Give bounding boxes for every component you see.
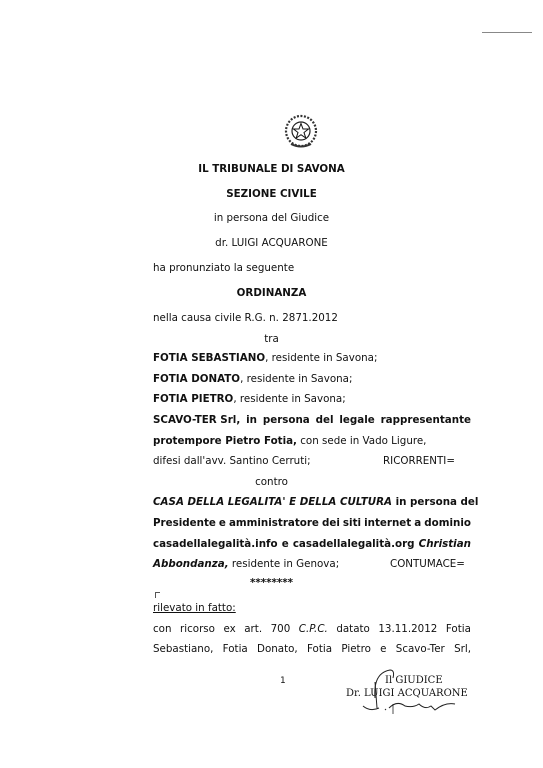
word: con: [153, 623, 172, 636]
word: art.: [244, 623, 262, 636]
word: e: [380, 643, 386, 656]
respondent-residence: residente in Genova;: [229, 558, 340, 570]
applicant-name: FOTIA DONATO: [153, 373, 240, 385]
word: legale: [339, 414, 374, 427]
respondent-line-4: Abbondanza, residente in Genova;: [153, 558, 339, 571]
representative: protempore Pietro Fotia,: [153, 435, 297, 447]
word: Donato,: [257, 643, 298, 656]
word: ex: [223, 623, 235, 636]
word: dominio: [424, 517, 471, 530]
domain-text: casadellalegalità.info: [153, 538, 278, 551]
between-word: tra: [0, 333, 543, 346]
respondent-line-2: Presidente e amministratore dei siti int…: [153, 517, 471, 530]
respondent-role: in persona del: [392, 496, 478, 508]
word: del: [316, 414, 334, 427]
scan-mark-line: [482, 32, 532, 33]
word: rappresentante: [381, 414, 471, 427]
word: Presidente: [153, 517, 216, 530]
word: 700: [271, 623, 291, 636]
scan-mark: [155, 592, 160, 598]
applicant-name: FOTIA SEBASTIANO: [153, 352, 265, 364]
applicant-detail: , residente in Savona;: [265, 352, 377, 364]
page-number: 1: [280, 676, 286, 686]
against-word: contro: [0, 476, 543, 489]
word: e: [282, 538, 289, 551]
word: siti: [343, 517, 361, 530]
word: in: [246, 414, 257, 427]
domain-text: casadellalegalità.org: [293, 538, 415, 551]
word: 13.11.2012: [378, 623, 437, 636]
applicants-label: RICORRENTI=: [383, 455, 455, 468]
applicant-name: FOTIA PIETRO: [153, 393, 233, 405]
word: Christian: [419, 538, 471, 551]
word: SCAVO-TER Srl,: [153, 414, 240, 427]
word: a: [414, 517, 421, 530]
applicant-detail: , residente in Savona;: [233, 393, 345, 405]
body-line-1: con ricorso ex art. 700 C.P.C. datato 13…: [153, 623, 471, 636]
respondent-name: CASA DELLA LEGALITA' E DELLA CULTURA: [153, 496, 392, 508]
section-title: SEZIONE CIVILE: [0, 188, 543, 201]
italian-republic-emblem-icon: [283, 114, 319, 150]
word: Scavo-Ter: [396, 643, 445, 656]
separator-stars: ********: [0, 577, 543, 590]
word: Fotia: [307, 643, 332, 656]
company-line-1: SCAVO-TER Srl, in persona del legale rap…: [153, 414, 471, 427]
applicant-1: FOTIA SEBASTIANO, residente in Savona;: [153, 352, 377, 365]
section-heading: rilevato in fatto:: [153, 602, 236, 615]
word: Srl,: [454, 643, 471, 656]
word: ricorso: [180, 623, 215, 636]
body-line-2: Sebastiano, Fotia Donato, Fotia Pietro e…: [153, 643, 471, 656]
word: Fotia: [446, 623, 471, 636]
applicant-detail: , residente in Savona;: [240, 373, 352, 385]
respondent-line-1: CASA DELLA LEGALITA' E DELLA CULTURA in …: [153, 496, 478, 509]
document-page: IL TRIBUNALE DI SAVONA SEZIONE CIVILE in…: [0, 0, 543, 768]
in-person-line: in persona del Giudice: [0, 212, 543, 225]
judge-signature-icon: [355, 668, 465, 718]
court-title: IL TRIBUNALE DI SAVONA: [0, 163, 543, 176]
respondent-surname: Abbondanza,: [153, 558, 229, 570]
word: datato: [336, 623, 370, 636]
pronounced-line: ha pronunziato la seguente: [153, 262, 294, 275]
case-number: nella causa civile R.G. n. 2871.2012: [153, 312, 338, 325]
company-seat: con sede in Vado Ligure,: [297, 435, 426, 447]
word: Sebastiano,: [153, 643, 213, 656]
word: dei: [322, 517, 340, 530]
company-line-2: protempore Pietro Fotia, con sede in Vad…: [153, 435, 426, 448]
respondent-label: CONTUMACE=: [390, 558, 465, 571]
word: internet: [364, 517, 411, 530]
respondent-line-3: casadellalegalità.info e casadellalegali…: [153, 538, 471, 551]
word: persona: [263, 414, 310, 427]
applicant-2: FOTIA DONATO, residente in Savona;: [153, 373, 352, 386]
word: e: [219, 517, 226, 530]
judge-name: dr. LUIGI ACQUARONE: [0, 237, 543, 250]
applicant-3: FOTIA PIETRO, residente in Savona;: [153, 393, 346, 406]
document-type: ORDINANZA: [0, 287, 543, 300]
word: amministratore: [229, 517, 319, 530]
word: Fotia: [223, 643, 248, 656]
lawyer-line: difesi dall'avv. Santino Cerruti;: [153, 455, 311, 468]
word: C.P.C.: [299, 623, 328, 636]
word: Pietro: [341, 643, 371, 656]
